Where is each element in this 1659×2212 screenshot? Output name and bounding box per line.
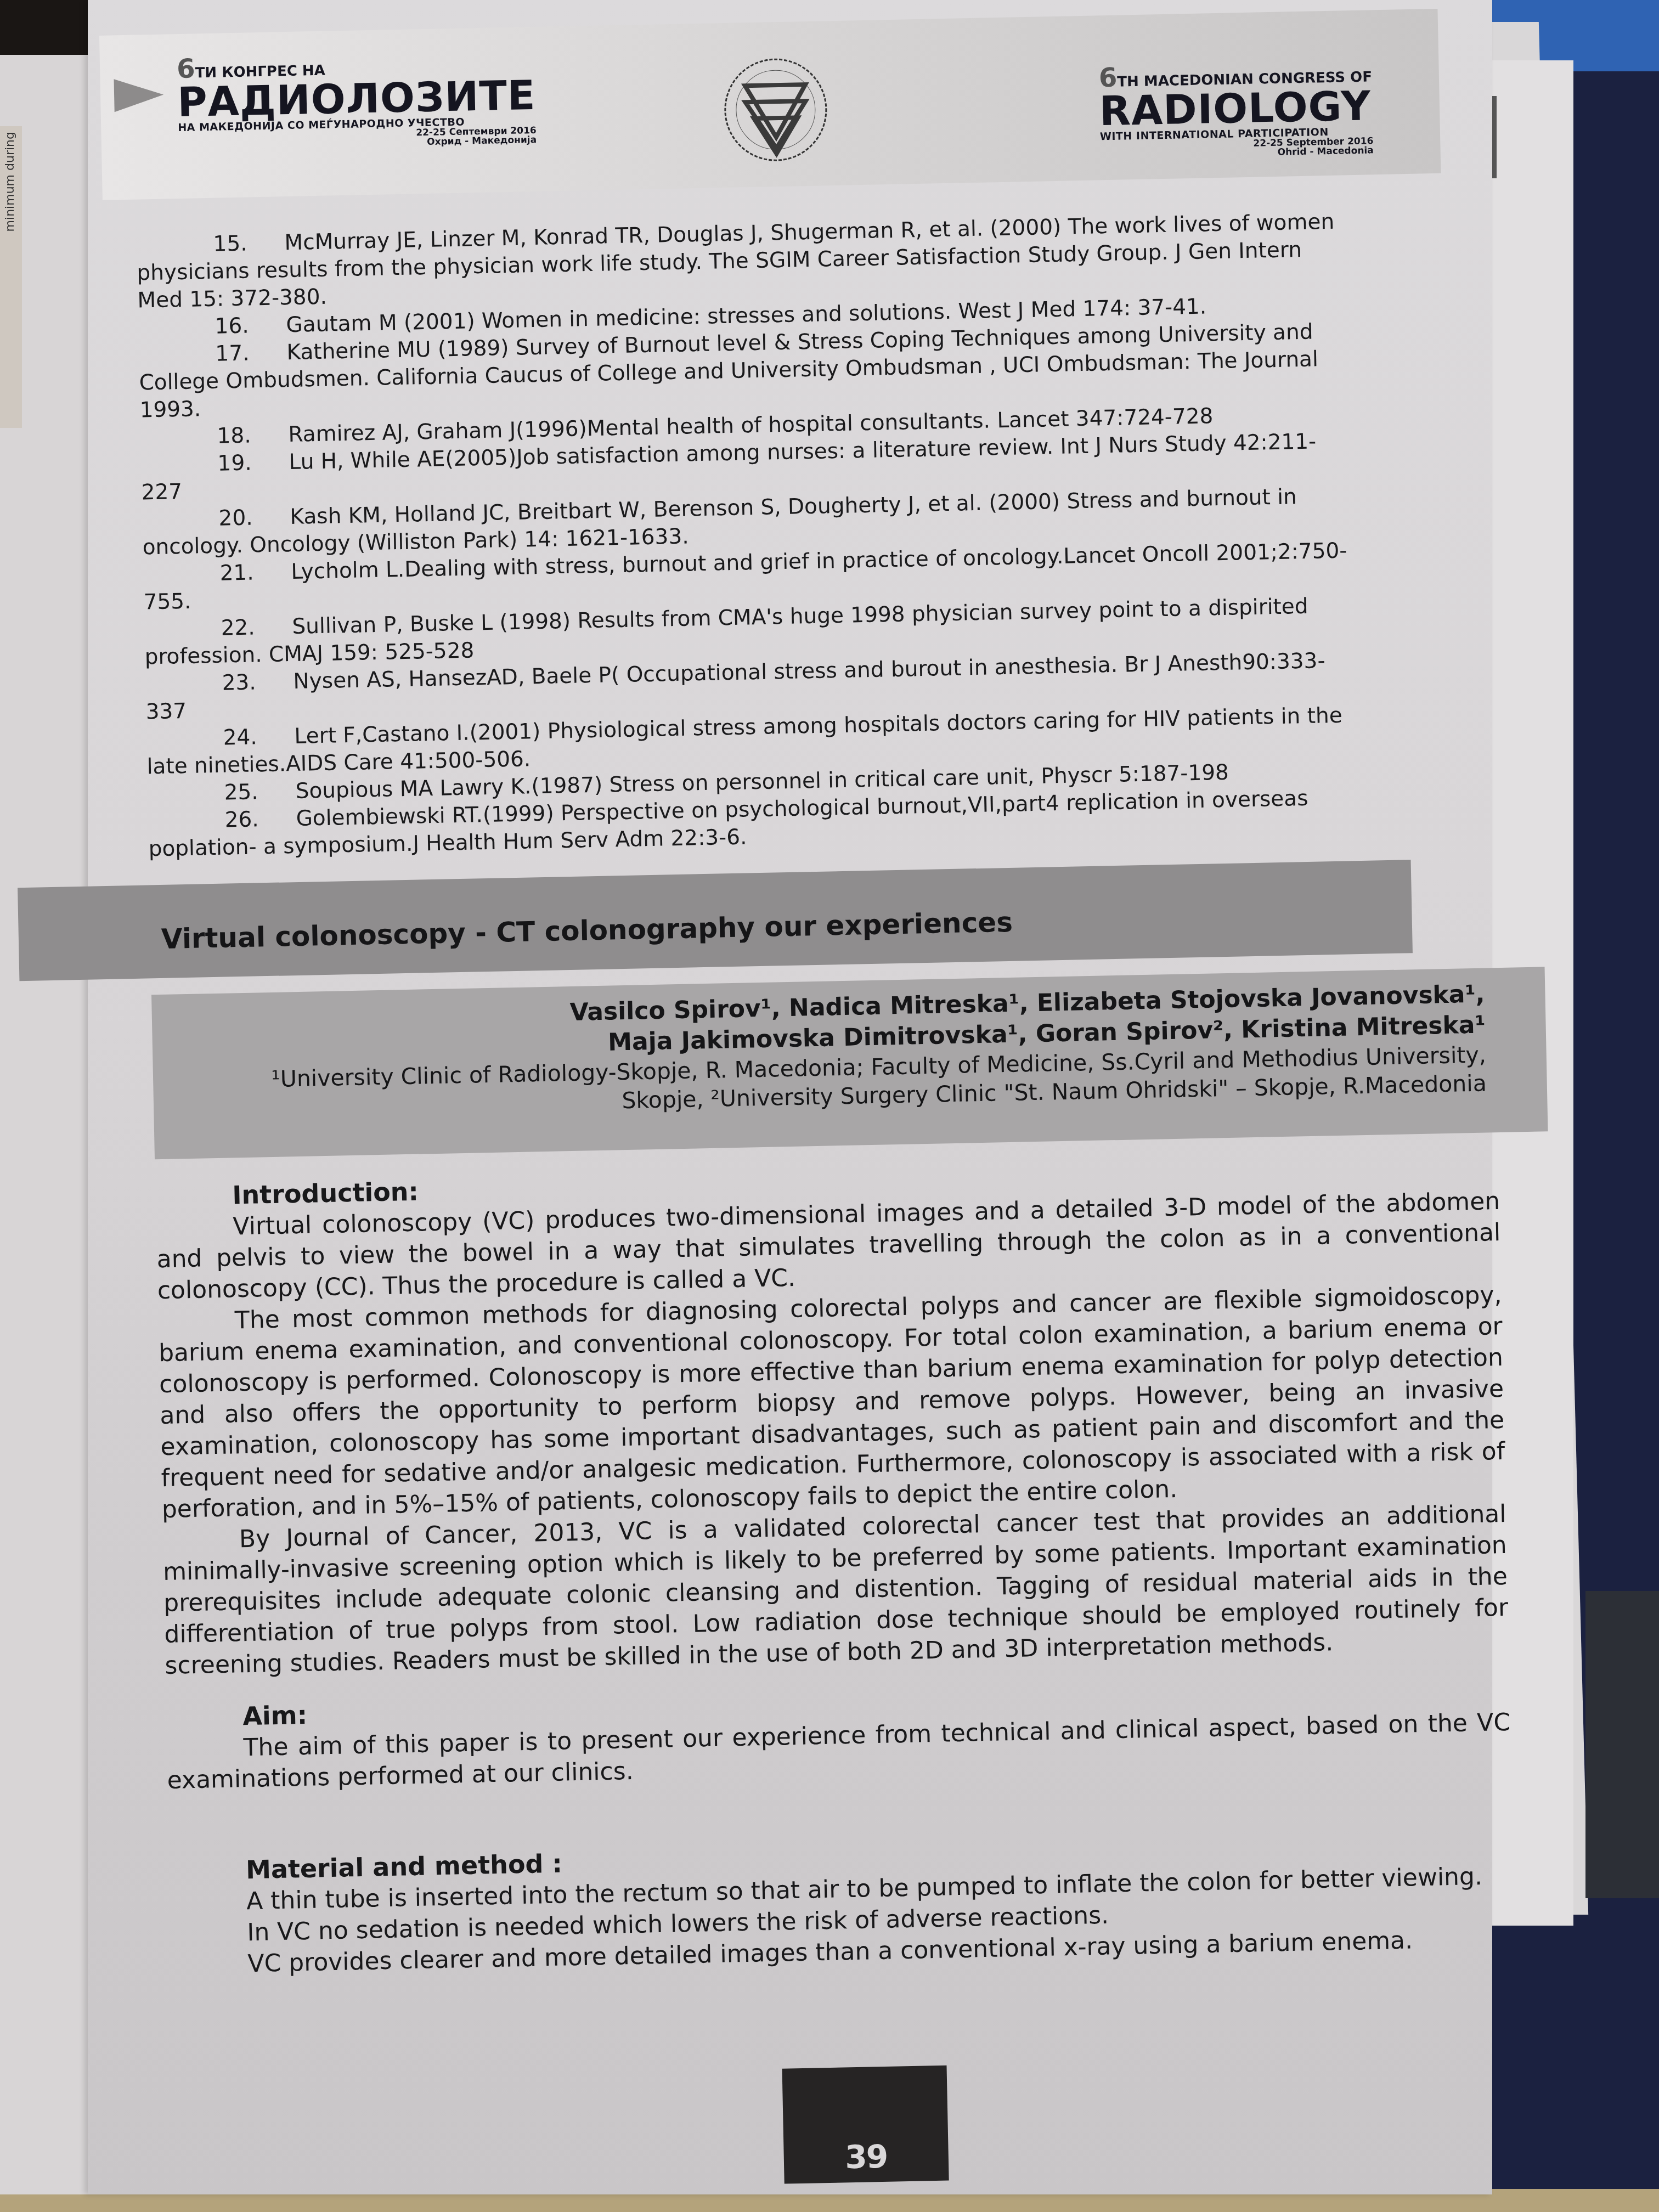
underlying-sheet-text: minimum during [3,132,17,232]
reference-number: 15. [136,229,285,259]
logo-mk-title: РАДИОЛОЗИТЕ [177,75,537,123]
section-introduction: Introduction: Virtual colonoscopy (VC) p… [155,1154,1509,1681]
logo-en-title: RADIOLOGY [1099,86,1373,132]
underlying-sheet-dark-bar-lower [1585,1591,1659,1898]
logo-english: 6TH MACEDONIAN CONGRESS OF RADIOLOGY WIT… [1098,59,1374,161]
reference-number: 20. [142,504,290,534]
reference-number: 19. [140,449,289,479]
header-triangle-icon [114,78,164,112]
reference-number: 22. [144,613,292,644]
page-number: 39 [783,2137,949,2177]
reference-number: 25. [147,778,296,808]
introduction-paragraph: The most common methods for diagnosing c… [157,1279,1506,1525]
section-aim: Aim: The aim of this paper is to present… [166,1675,1511,1796]
reference-list: 15.McMurray JE, Linzer M, Konrad TR, Dou… [136,208,1361,863]
reference-number: 26. [148,805,296,836]
triangle-emblem-icon [720,54,832,166]
logo-macedonian: 6ТИ КОНГРЕС НА РАДИОЛОЗИТЕ НА МАКЕДОНИЈА… [177,49,537,152]
introduction-paragraph: By Journal of Cancer, 2013, VC is a vali… [162,1498,1509,1681]
reference-number: 16. [138,312,286,342]
page-number-box: 39 [782,2066,949,2184]
reference-number: 17. [138,339,287,369]
document-page: 6ТИ КОНГРЕС НА РАДИОЛОЗИТЕ НА МАКЕДОНИЈА… [88,0,1492,2194]
reference-number: 23. [145,668,294,698]
reference-number: 21. [143,558,291,589]
reference-number: 18. [140,421,289,452]
section-material-method: Material and method : A thin tube is ins… [169,1829,1515,1981]
reference-number: 24. [146,723,295,753]
